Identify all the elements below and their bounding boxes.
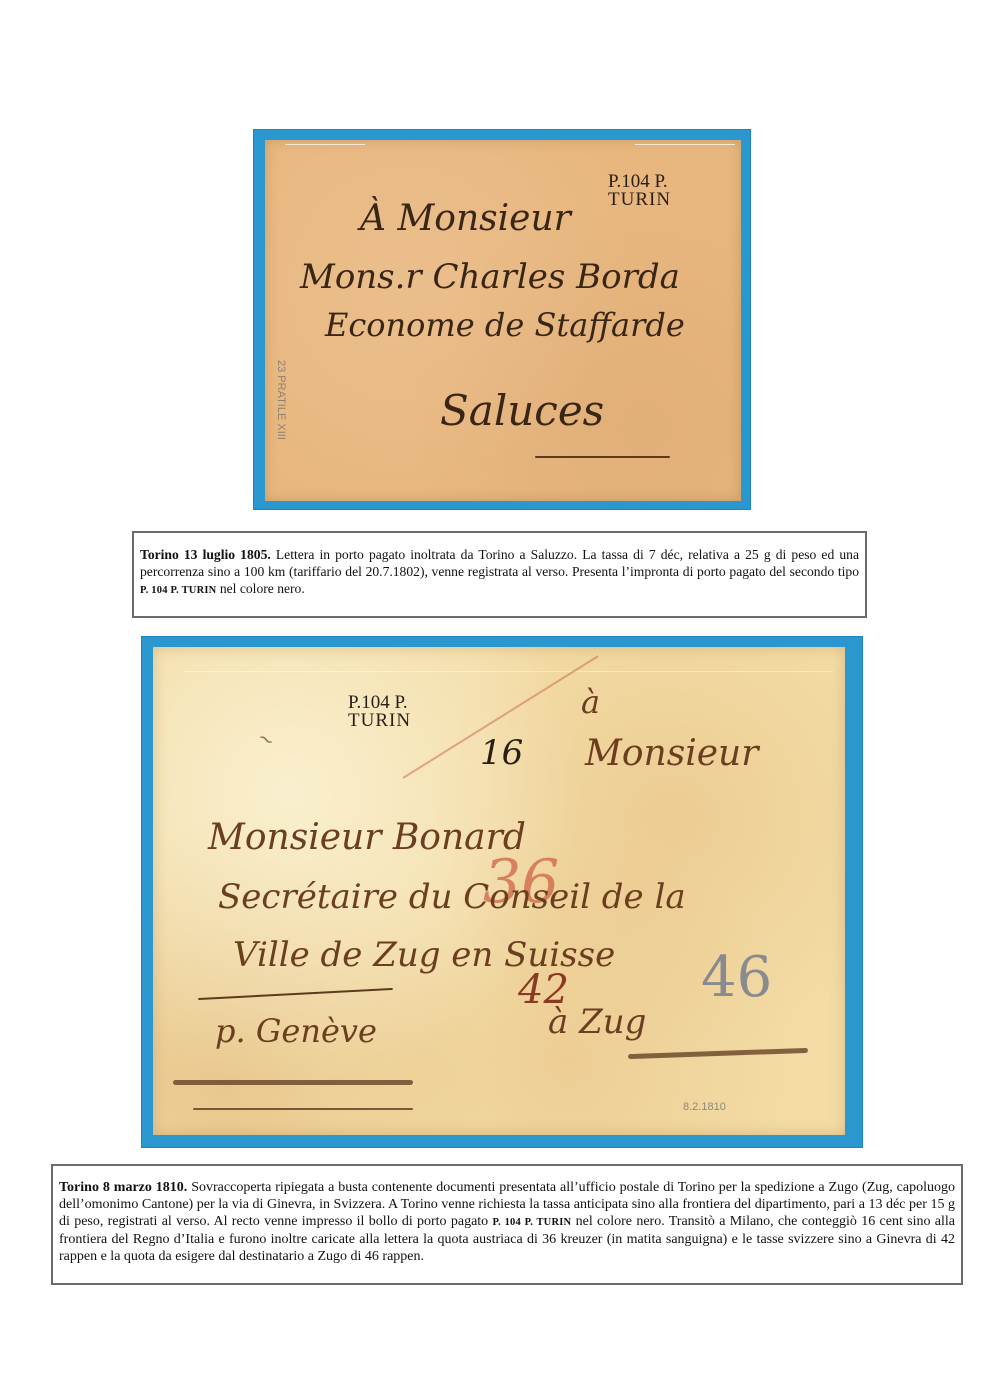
- caption-date: Torino 8 marzo 1810.: [59, 1180, 187, 1195]
- caption-date: Torino 13 luglio 1805.: [140, 547, 271, 562]
- letter-1-scan: P.104 P. TURIN À Monsieur Mons.r Charles…: [253, 129, 751, 510]
- underline-stroke: [198, 988, 393, 1000]
- letter-2-scan: P.104 P. TURIN ~ à 16 Monsieur 36 Monsie…: [141, 636, 863, 1148]
- address-line: Econome de Staffarde: [325, 306, 685, 344]
- address-line: p. Genève: [215, 1012, 377, 1050]
- pencil-note: 23 PRATILE XIII: [275, 360, 287, 440]
- address-line: À Monsieur: [360, 198, 571, 239]
- address-line: Mons.r Charles Borda: [300, 257, 680, 297]
- postal-mark-name: P. 104 P. TURIN: [140, 585, 216, 596]
- stamp-line-2: TURIN: [348, 712, 411, 730]
- caption-letter-2: Torino 8 marzo 1810. Sovraccoperta ripie…: [51, 1164, 963, 1285]
- tax-mark-16: 16: [480, 733, 523, 773]
- caption-letter-1: Torino 13 luglio 1805. Lettera in porto …: [132, 531, 867, 618]
- letter-2-paper: P.104 P. TURIN ~ à 16 Monsieur 36 Monsie…: [153, 647, 845, 1135]
- tax-mark-46-blue: 46: [701, 945, 772, 1010]
- stamp-line-2: TURIN: [608, 191, 671, 209]
- pencil-note: 8.2.1810: [683, 1101, 726, 1113]
- address-line: à Zug: [548, 1002, 646, 1042]
- address-line-city: Saluces: [440, 386, 604, 435]
- underline-stroke: [173, 1080, 413, 1085]
- underline-flourish: [535, 456, 670, 458]
- address-line: Secrétaire du Conseil de la: [218, 877, 686, 917]
- postal-stamp: P.104 P. TURIN: [608, 173, 671, 209]
- address-line: Monsieur Bonard: [208, 817, 526, 858]
- address-line: à: [581, 683, 600, 721]
- postal-stamp: P.104 P. TURIN: [348, 694, 411, 730]
- caption-text-end: nel colore nero.: [216, 581, 304, 596]
- fold-mark: [285, 144, 365, 145]
- address-line: Monsieur: [585, 733, 758, 774]
- letter-1-paper: P.104 P. TURIN À Monsieur Mons.r Charles…: [265, 140, 741, 501]
- ink-smudge: ~: [253, 724, 280, 753]
- fold-mark: [635, 144, 735, 145]
- underline-stroke: [193, 1108, 413, 1110]
- underline-stroke: [628, 1048, 808, 1059]
- fold-line: [183, 671, 833, 672]
- postal-mark-name: P. 104 P. TURIN: [492, 1217, 571, 1228]
